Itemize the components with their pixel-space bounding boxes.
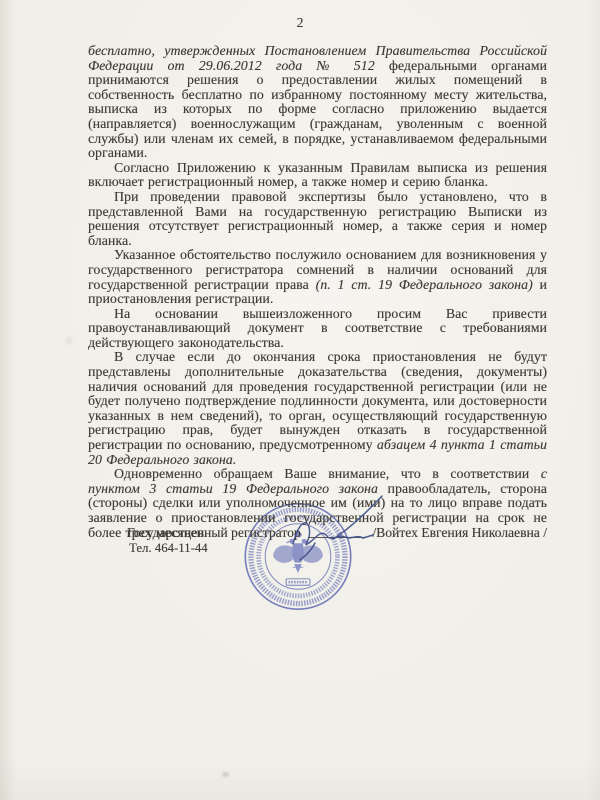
text-run: На основании вышеизложенного просим Вас … — [88, 306, 547, 350]
signature-flourish — [333, 496, 382, 539]
signature-descender — [300, 543, 315, 560]
handwritten-signature — [245, 487, 460, 567]
paragraph: На основании вышеизложенного просим Вас … — [88, 307, 547, 351]
paragraph: При проведении правовой экспертизы было … — [88, 190, 547, 248]
text-run: (п. 1 ст. 19 Федерального закона) — [316, 277, 533, 292]
scan-speck — [222, 772, 229, 777]
paragraph: бесплатно, утвержденных Постановлением П… — [88, 44, 547, 161]
text-run: Согласно Приложению к указанным Правилам… — [88, 160, 547, 190]
scan-speck — [66, 338, 72, 344]
paragraph: Согласно Приложению к указанным Правилам… — [88, 161, 547, 190]
document-body: бесплатно, утвержденных Постановлением П… — [88, 44, 547, 540]
text-run: федеральными органами принимаются решени… — [88, 58, 547, 161]
signature-loops — [293, 523, 373, 545]
stamp-number-plate — [286, 579, 310, 585]
page-number: 2 — [0, 15, 600, 31]
registrar-phone: Тел. 464-11-44 — [129, 541, 208, 556]
scanned-document-page: 2 бесплатно, утвержденных Постановлением… — [0, 0, 600, 800]
text-run: При проведении правовой экспертизы было … — [88, 189, 547, 248]
text-run: Одновременно обращаем Ваше внимание, что… — [114, 466, 541, 481]
paragraph: Указанное обстоятельство послужило основ… — [88, 248, 547, 306]
paragraph: В случае если до окончания срока приоста… — [88, 350, 547, 467]
